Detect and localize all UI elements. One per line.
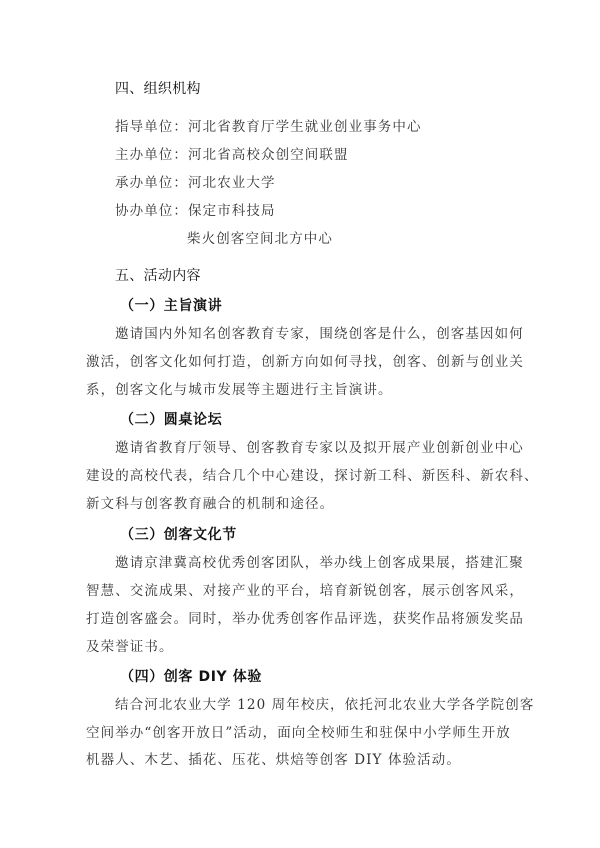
- paragraph-line: 打造创客盛会。同时，举办优秀创客作品评选，获奖作品将颁发奖品: [86, 611, 516, 627]
- paragraph-line: 空间举办“创客开放日”活动，面向全校师生和驻保中小学师生开放: [86, 725, 516, 741]
- paragraph-line: 智慧、交流成果、对接产业的平台，培育新锐创客，展示创客风采，: [86, 583, 516, 599]
- org-label: 指导单位：: [115, 119, 188, 135]
- subsection-title-culture-festival: （三）创客文化节: [120, 527, 550, 543]
- document-page: 四、组织机构 指导单位：河北省教育厅学生就业创业事务中心 主办单位：河北省高校众…: [0, 0, 600, 848]
- org-row-guidance: 指导单位：河北省教育厅学生就业创业事务中心: [115, 119, 545, 135]
- subsection-title-keynote: （一）主旨演讲: [120, 298, 550, 314]
- org-row-co-organizer-extra: 柴火创客空间北方中心: [187, 231, 600, 247]
- org-label: 主办单位：: [115, 147, 188, 163]
- subsection-title-diy: （四）创客 DIY 体验: [120, 669, 550, 685]
- org-value: 河北省高校众创空间联盟: [188, 147, 349, 163]
- paragraph-line: 新文科与创客教育融合的机制和途径。: [86, 496, 516, 512]
- paragraph-line: 建设的高校代表，结合几个中心建设，探讨新工科、新医科、新农科、: [86, 468, 516, 484]
- paragraph-line: 邀请国内外知名创客教育专家，围绕创客是什么，创客基因如何: [115, 326, 545, 342]
- paragraph-line: 结合河北农业大学 120 周年校庆，依托河北农业大学各学院创客: [115, 697, 545, 713]
- paragraph-line: 及荣誉证书。: [86, 639, 516, 655]
- paragraph-line: 邀请省教育厅领导、创客教育专家以及拟开展产业创新创业中心: [115, 440, 545, 456]
- paragraph-line: 邀请京津冀高校优秀创客团队，举办线上创客成果展，搭建汇聚: [115, 555, 545, 571]
- section-heading-activities: 五、活动内容: [115, 268, 545, 284]
- org-row-co-organizer: 协办单位：保定市科技局: [115, 203, 545, 219]
- org-value: 河北省教育厅学生就业创业事务中心: [188, 119, 422, 135]
- paragraph-line: 机器人、木艺、插花、压花、烘焙等创客 DIY 体验活动。: [86, 752, 516, 768]
- org-label: 承办单位：: [115, 175, 188, 191]
- paragraph-line: 激活，创客文化如何打造，创新方向如何寻找，创客、创新与创业关: [86, 354, 516, 370]
- org-row-host: 主办单位：河北省高校众创空间联盟: [115, 147, 545, 163]
- org-value: 河北农业大学: [188, 175, 276, 191]
- org-value: 保定市科技局: [188, 203, 276, 219]
- org-row-organizer: 承办单位：河北农业大学: [115, 175, 545, 191]
- subsection-title-roundtable: （二）圆桌论坛: [120, 412, 550, 428]
- section-heading-organization: 四、组织机构: [115, 81, 545, 97]
- org-label: 协办单位：: [115, 203, 188, 219]
- paragraph-line: 系，创客文化与城市发展等主题进行主旨演讲。: [86, 382, 516, 398]
